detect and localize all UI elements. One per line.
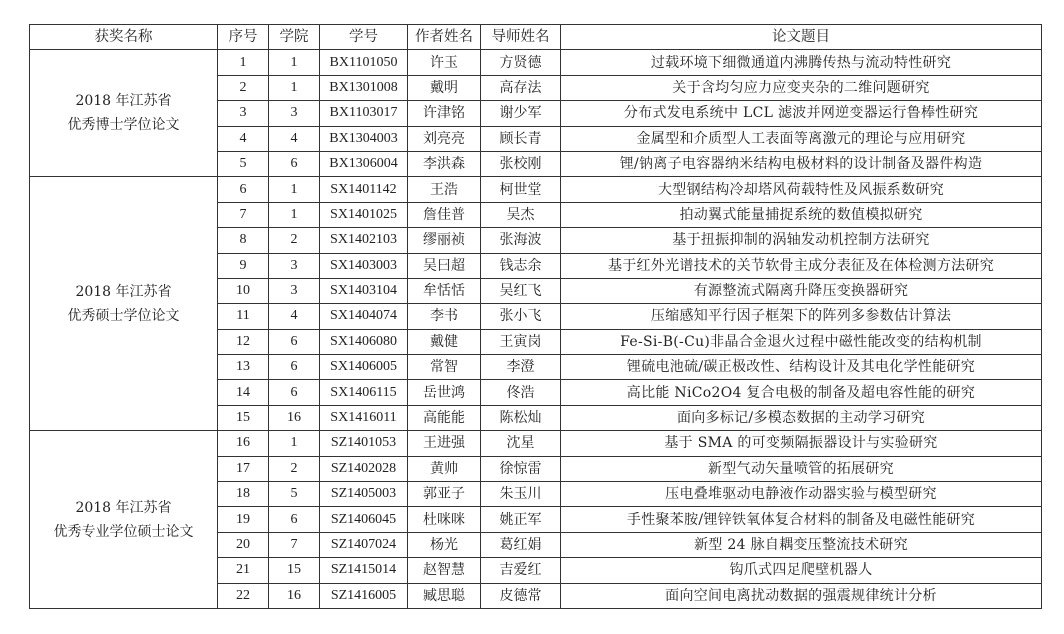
advisor-name-cell: 吉爱红 xyxy=(481,558,561,583)
thesis-title-cell: 锂硫电池硫/碳正极改性、结构设计及其电化学性能研究 xyxy=(561,355,1042,380)
student-id-cell: SZ1407024 xyxy=(320,532,408,557)
advisor-name-cell: 顾长青 xyxy=(481,126,561,151)
college-cell: 1 xyxy=(269,50,320,75)
thesis-title-cell: 面向空间电离扰动数据的强震规律统计分析 xyxy=(561,583,1042,608)
row-number-cell: 12 xyxy=(218,329,269,354)
header-author: 作者姓名 xyxy=(408,25,481,50)
row-number-cell: 13 xyxy=(218,355,269,380)
table-row: 2018 年江苏省优秀专业学位硕士论文161SZ1401053王进强沈星基于 S… xyxy=(30,431,1042,456)
student-id-cell: SZ1415014 xyxy=(320,558,408,583)
header-student-id: 学号 xyxy=(320,25,408,50)
advisor-name-cell: 李澄 xyxy=(481,355,561,380)
award-category-name: 优秀博士学位论文 xyxy=(30,113,217,137)
table-body: 2018 年江苏省优秀博士学位论文11BX1101050许玉方贤德过载环境下细微… xyxy=(30,50,1042,609)
thesis-title-cell: 高比能 NiCo2O4 复合电极的制备及超电容性能的研究 xyxy=(561,380,1042,405)
row-number-cell: 3 xyxy=(218,101,269,126)
row-number-cell: 1 xyxy=(218,50,269,75)
row-number-cell: 14 xyxy=(218,380,269,405)
college-cell: 6 xyxy=(269,355,320,380)
advisor-name-cell: 葛红娟 xyxy=(481,532,561,557)
thesis-title-cell: 基于扭振抑制的涡轴发动机控制方法研究 xyxy=(561,228,1042,253)
header-award-name: 获奖名称 xyxy=(30,25,218,50)
author-name-cell: 詹佳普 xyxy=(408,202,481,227)
college-cell: 2 xyxy=(269,228,320,253)
author-name-cell: 李书 xyxy=(408,304,481,329)
advisor-name-cell: 吴杰 xyxy=(481,202,561,227)
author-name-cell: 高能能 xyxy=(408,405,481,430)
award-year-province: 2018 年江苏省 xyxy=(30,89,217,113)
thesis-title-cell: 新型气动矢量喷管的拓展研究 xyxy=(561,456,1042,481)
student-id-cell: SX1416011 xyxy=(320,405,408,430)
author-name-cell: 刘亮亮 xyxy=(408,126,481,151)
college-cell: 1 xyxy=(269,75,320,100)
college-cell: 3 xyxy=(269,101,320,126)
author-name-cell: 黄帅 xyxy=(408,456,481,481)
row-number-cell: 18 xyxy=(218,482,269,507)
college-cell: 6 xyxy=(269,151,320,176)
advisor-name-cell: 张海波 xyxy=(481,228,561,253)
thesis-title-cell: 关于含均匀应力应变夹杂的二维问题研究 xyxy=(561,75,1042,100)
row-number-cell: 16 xyxy=(218,431,269,456)
row-number-cell: 2 xyxy=(218,75,269,100)
author-name-cell: 戴明 xyxy=(408,75,481,100)
header-row: 获奖名称 序号 学院 学号 作者姓名 导师姓名 论文题目 xyxy=(30,25,1042,50)
student-id-cell: SZ1402028 xyxy=(320,456,408,481)
author-name-cell: 郭亚子 xyxy=(408,482,481,507)
advisor-name-cell: 沈星 xyxy=(481,431,561,456)
student-id-cell: SX1406080 xyxy=(320,329,408,354)
thesis-title-cell: 面向多标记/多模态数据的主动学习研究 xyxy=(561,405,1042,430)
thesis-title-cell: 过载环境下细微通道内沸腾传热与流动特性研究 xyxy=(561,50,1042,75)
thesis-title-cell: 有源整流式隔离升降压变换器研究 xyxy=(561,278,1042,303)
table-row: 2018 年江苏省优秀硕士学位论文61SX1401142王浩柯世堂大型钢结构冷却… xyxy=(30,177,1042,202)
college-cell: 3 xyxy=(269,278,320,303)
row-number-cell: 20 xyxy=(218,532,269,557)
author-name-cell: 王进强 xyxy=(408,431,481,456)
college-cell: 4 xyxy=(269,126,320,151)
college-cell: 2 xyxy=(269,456,320,481)
author-name-cell: 常智 xyxy=(408,355,481,380)
row-number-cell: 5 xyxy=(218,151,269,176)
student-id-cell: SZ1405003 xyxy=(320,482,408,507)
college-cell: 1 xyxy=(269,202,320,227)
student-id-cell: BX1306004 xyxy=(320,151,408,176)
college-cell: 3 xyxy=(269,253,320,278)
thesis-title-cell: 分布式发电系统中 LCL 滤波并网逆变器运行鲁棒性研究 xyxy=(561,101,1042,126)
advisor-name-cell: 徐惊雷 xyxy=(481,456,561,481)
college-cell: 5 xyxy=(269,482,320,507)
student-id-cell: SX1403104 xyxy=(320,278,408,303)
advisor-name-cell: 张校刚 xyxy=(481,151,561,176)
advisor-name-cell: 朱玉川 xyxy=(481,482,561,507)
student-id-cell: BX1301008 xyxy=(320,75,408,100)
advisor-name-cell: 佟浩 xyxy=(481,380,561,405)
college-cell: 6 xyxy=(269,507,320,532)
thesis-title-cell: 手性聚苯胺/锂锌铁氧体复合材料的制备及电磁性能研究 xyxy=(561,507,1042,532)
advisor-name-cell: 吴红飞 xyxy=(481,278,561,303)
row-number-cell: 6 xyxy=(218,177,269,202)
thesis-title-cell: Fe-Si-B(-Cu)非晶合金退火过程中磁性能改变的结构机制 xyxy=(561,329,1042,354)
thesis-title-cell: 基于红外光谱技术的关节软骨主成分表征及在体检测方法研究 xyxy=(561,253,1042,278)
award-category-cell: 2018 年江苏省优秀博士学位论文 xyxy=(30,50,218,177)
college-cell: 16 xyxy=(269,405,320,430)
college-cell: 15 xyxy=(269,558,320,583)
college-cell: 7 xyxy=(269,532,320,557)
row-number-cell: 8 xyxy=(218,228,269,253)
author-name-cell: 王浩 xyxy=(408,177,481,202)
thesis-title-cell: 压电叠堆驱动电静液作动器实验与模型研究 xyxy=(561,482,1042,507)
row-number-cell: 19 xyxy=(218,507,269,532)
author-name-cell: 吴曰超 xyxy=(408,253,481,278)
author-name-cell: 许玉 xyxy=(408,50,481,75)
award-category-cell: 2018 年江苏省优秀专业学位硕士论文 xyxy=(30,431,218,609)
student-id-cell: SX1403003 xyxy=(320,253,408,278)
college-cell: 1 xyxy=(269,431,320,456)
table-row: 2018 年江苏省优秀博士学位论文11BX1101050许玉方贤德过载环境下细微… xyxy=(30,50,1042,75)
advisor-name-cell: 皮德常 xyxy=(481,583,561,608)
advisor-name-cell: 高存法 xyxy=(481,75,561,100)
author-name-cell: 牟恬恬 xyxy=(408,278,481,303)
advisor-name-cell: 谢少军 xyxy=(481,101,561,126)
row-number-cell: 17 xyxy=(218,456,269,481)
row-number-cell: 11 xyxy=(218,304,269,329)
student-id-cell: BX1103017 xyxy=(320,101,408,126)
advisor-name-cell: 陈松灿 xyxy=(481,405,561,430)
row-number-cell: 15 xyxy=(218,405,269,430)
header-thesis-title: 论文题目 xyxy=(561,25,1042,50)
author-name-cell: 李洪森 xyxy=(408,151,481,176)
author-name-cell: 许津铭 xyxy=(408,101,481,126)
header-college: 学院 xyxy=(269,25,320,50)
thesis-title-cell: 拍动翼式能量捕捉系统的数值模拟研究 xyxy=(561,202,1042,227)
author-name-cell: 戴健 xyxy=(408,329,481,354)
student-id-cell: SX1406115 xyxy=(320,380,408,405)
row-number-cell: 10 xyxy=(218,278,269,303)
thesis-title-cell: 基于 SMA 的可变频隔振器设计与实验研究 xyxy=(561,431,1042,456)
student-id-cell: SZ1416005 xyxy=(320,583,408,608)
college-cell: 16 xyxy=(269,583,320,608)
awards-table: 获奖名称 序号 学院 学号 作者姓名 导师姓名 论文题目 2018 年江苏省优秀… xyxy=(29,24,1042,609)
header-advisor: 导师姓名 xyxy=(481,25,561,50)
advisor-name-cell: 姚正军 xyxy=(481,507,561,532)
award-category-cell: 2018 年江苏省优秀硕士学位论文 xyxy=(30,177,218,431)
student-id-cell: SX1402103 xyxy=(320,228,408,253)
header-number: 序号 xyxy=(218,25,269,50)
thesis-title-cell: 压缩感知平行因子框架下的阵列多参数估计算法 xyxy=(561,304,1042,329)
thesis-title-cell: 大型钢结构冷却塔风荷载特性及风振系数研究 xyxy=(561,177,1042,202)
student-id-cell: SX1406005 xyxy=(320,355,408,380)
advisor-name-cell: 钱志余 xyxy=(481,253,561,278)
college-cell: 4 xyxy=(269,304,320,329)
award-year-province: 2018 年江苏省 xyxy=(30,280,217,304)
row-number-cell: 21 xyxy=(218,558,269,583)
advisor-name-cell: 柯世堂 xyxy=(481,177,561,202)
author-name-cell: 缪丽祯 xyxy=(408,228,481,253)
advisor-name-cell: 张小飞 xyxy=(481,304,561,329)
college-cell: 1 xyxy=(269,177,320,202)
row-number-cell: 22 xyxy=(218,583,269,608)
row-number-cell: 7 xyxy=(218,202,269,227)
award-year-province: 2018 年江苏省 xyxy=(30,496,217,520)
student-id-cell: SX1401025 xyxy=(320,202,408,227)
student-id-cell: SZ1401053 xyxy=(320,431,408,456)
row-number-cell: 9 xyxy=(218,253,269,278)
author-name-cell: 杨光 xyxy=(408,532,481,557)
author-name-cell: 岳世鸿 xyxy=(408,380,481,405)
award-category-name: 优秀硕士学位论文 xyxy=(30,304,217,328)
thesis-title-cell: 钩爪式四足爬壁机器人 xyxy=(561,558,1042,583)
college-cell: 6 xyxy=(269,329,320,354)
thesis-title-cell: 新型 24 脉自耦变压整流技术研究 xyxy=(561,532,1042,557)
college-cell: 6 xyxy=(269,380,320,405)
student-id-cell: BX1101050 xyxy=(320,50,408,75)
student-id-cell: SX1401142 xyxy=(320,177,408,202)
advisor-name-cell: 方贤德 xyxy=(481,50,561,75)
thesis-title-cell: 锂/钠离子电容器纳米结构电极材料的设计制备及器件构造 xyxy=(561,151,1042,176)
award-category-name: 优秀专业学位硕士论文 xyxy=(30,520,217,544)
student-id-cell: BX1304003 xyxy=(320,126,408,151)
student-id-cell: SZ1406045 xyxy=(320,507,408,532)
thesis-title-cell: 金属型和介质型人工表面等离激元的理论与应用研究 xyxy=(561,126,1042,151)
author-name-cell: 杜咪咪 xyxy=(408,507,481,532)
author-name-cell: 臧思聪 xyxy=(408,583,481,608)
advisor-name-cell: 王寅岗 xyxy=(481,329,561,354)
author-name-cell: 赵智慧 xyxy=(408,558,481,583)
student-id-cell: SX1404074 xyxy=(320,304,408,329)
row-number-cell: 4 xyxy=(218,126,269,151)
